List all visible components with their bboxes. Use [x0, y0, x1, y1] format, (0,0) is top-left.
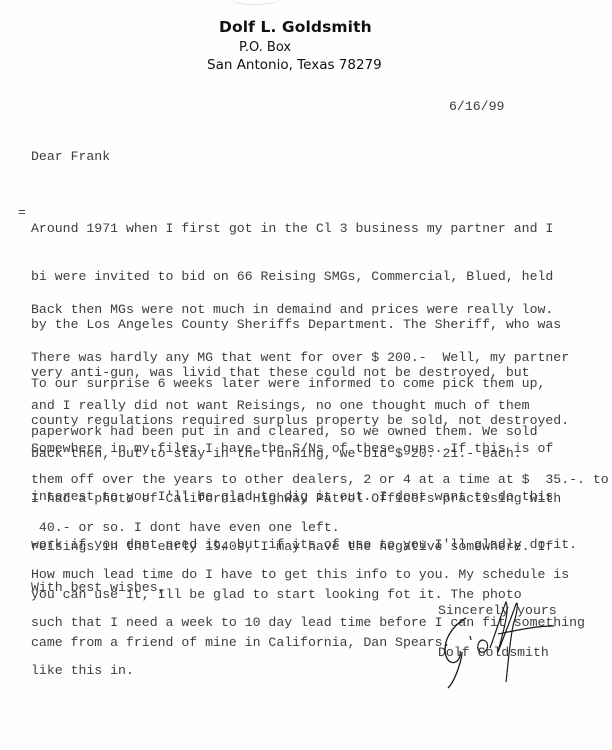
line: Back then MGs were not much in demaind a… [31, 302, 569, 318]
line: I had a photo of California Highway Patr… [31, 491, 561, 507]
closing: With best wishes, [31, 580, 166, 596]
line: To our surprise 6 weeks later were infor… [31, 376, 609, 392]
handwritten-signature [432, 596, 572, 692]
margin-correction-mark: = [18, 205, 26, 220]
line: Around 1971 when I first got in the Cl 3… [31, 221, 569, 237]
letterhead-city: San Antonio, Texas 78279 [207, 57, 382, 73]
letterhead-po-box: P.O. Box [239, 40, 291, 55]
letterhead-name: Dolf L. Goldsmith [219, 18, 372, 36]
salutation: Dear Frank [31, 149, 110, 165]
scan-artifact [230, 0, 280, 5]
letter-page: Dolf L. Goldsmith P.O. Box San Antonio, … [0, 0, 612, 750]
letter-date: 6/16/99 [449, 99, 504, 115]
line: Somewhere in my files I have the S/Ns of… [31, 441, 577, 457]
